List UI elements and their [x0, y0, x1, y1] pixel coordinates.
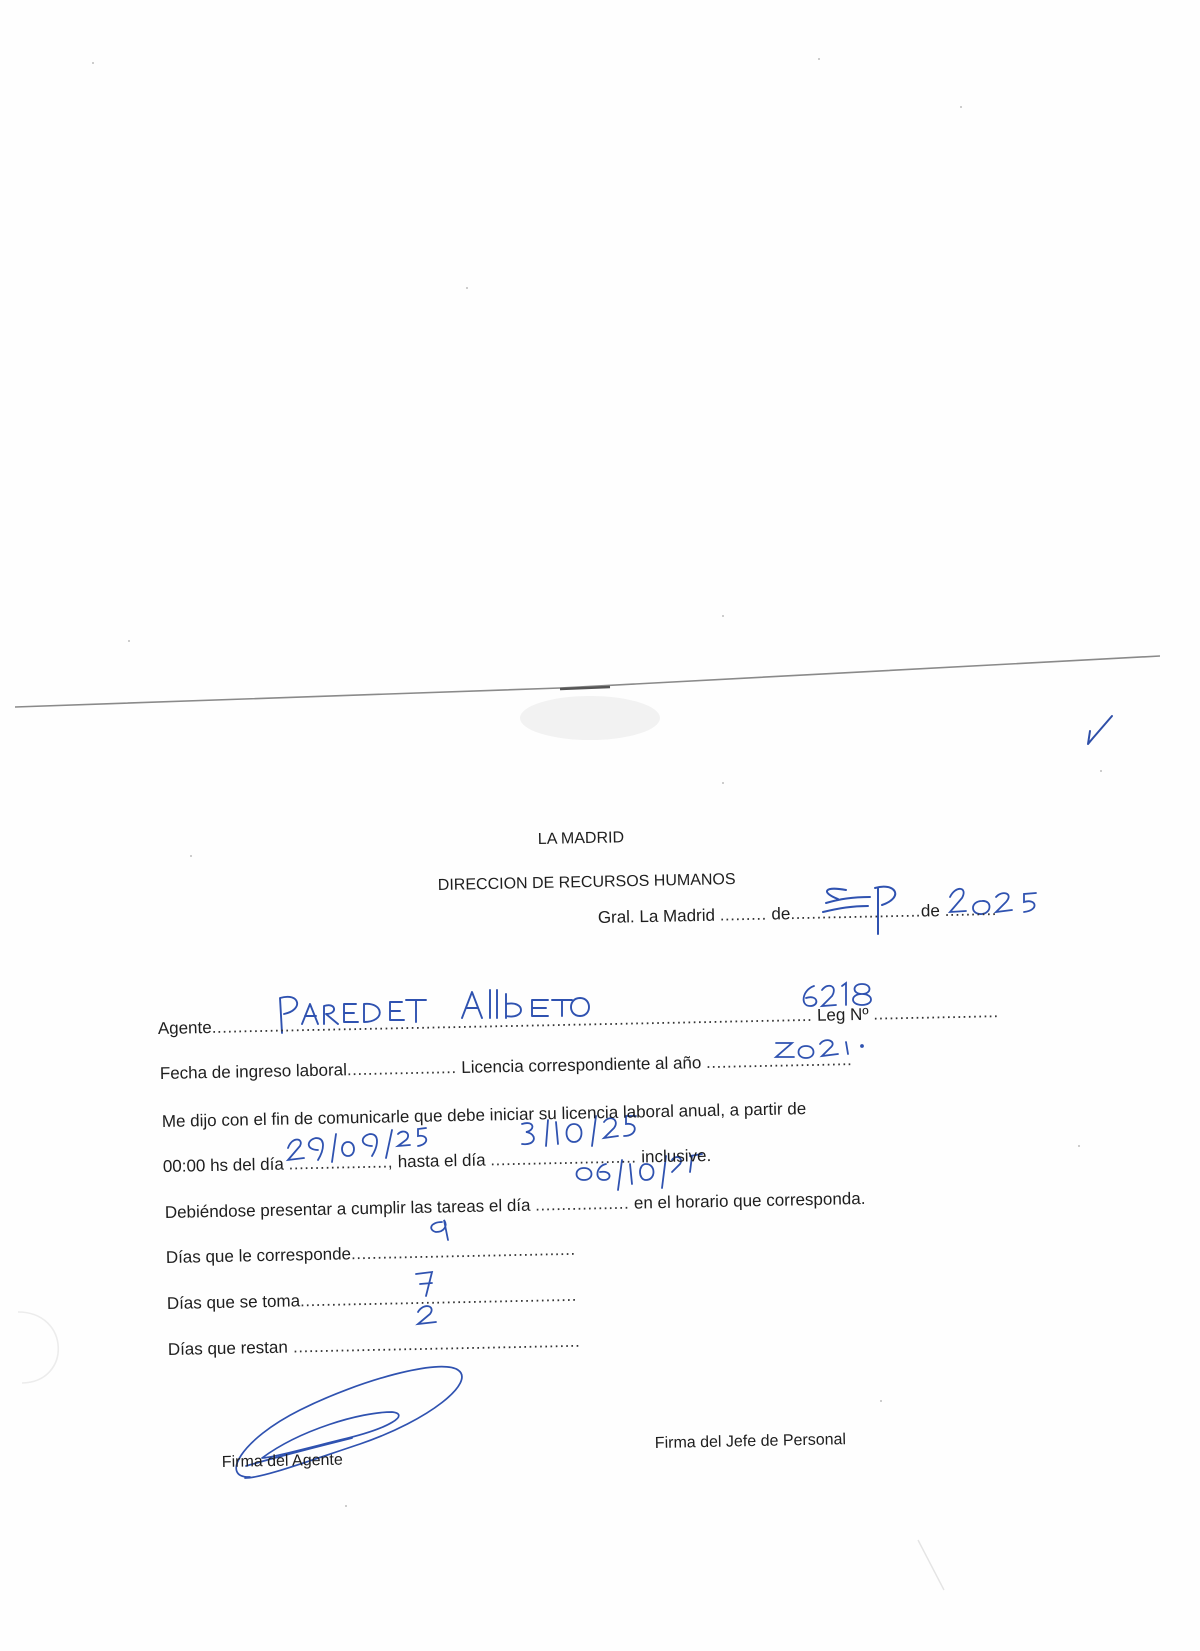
- month-field: .........................: [790, 902, 921, 924]
- scan-speck: [1100, 770, 1102, 772]
- scan-speck: [466, 287, 468, 289]
- handwritten-days-corresponde: [431, 1220, 448, 1240]
- organization-title: LA MADRID: [538, 830, 625, 848]
- ingreso-label: Fecha de ingreso laboral: [160, 1060, 347, 1083]
- scan-speck: [190, 855, 192, 857]
- days-corresponde-line: Días que le corresponde.................…: [166, 1241, 576, 1266]
- scan-speck: [128, 640, 130, 642]
- days-corresponde-label: Días que le corresponde: [166, 1244, 352, 1267]
- agent-label: Agente: [158, 1018, 212, 1038]
- scanned-document-page: LA MADRID DIRECCION DE RECURSOS HUMANOS …: [0, 0, 1200, 1651]
- agent-signature-label: Firma del Agente: [222, 1453, 343, 1471]
- inclusive-label: inclusive.: [641, 1146, 711, 1166]
- return-date-field: ..................: [535, 1194, 629, 1215]
- leg-label: Leg Nº: [817, 1005, 869, 1025]
- handwritten-leg-number: [804, 983, 871, 1006]
- days-toma-line: Días que se toma........................…: [167, 1287, 577, 1312]
- scan-speck: [960, 106, 962, 108]
- days-restan-label: Días que restan: [168, 1338, 288, 1359]
- days-toma-label: Días que se toma: [167, 1291, 301, 1313]
- date-to-field: ............................: [490, 1147, 637, 1169]
- place-label: Gral. La Madrid: [598, 906, 716, 927]
- hole-punch-mark: [18, 1312, 58, 1383]
- leg-field: ........................: [873, 1002, 999, 1024]
- days-restan-line: Días que restan ........................…: [168, 1333, 581, 1358]
- scan-speck: [722, 615, 724, 617]
- year-field: ..........: [944, 900, 997, 920]
- return-line: Debiéndose presentar a cumplir las tarea…: [165, 1190, 866, 1221]
- return-suffix: en el horario que corresponda.: [634, 1189, 866, 1213]
- hasta-label: hasta el día: [398, 1151, 486, 1172]
- period-line: 00:00 hs del día ..................., ha…: [163, 1147, 712, 1175]
- date-from-field: ...................,: [288, 1152, 393, 1173]
- period-prefix: 00:00 hs del día: [163, 1155, 284, 1176]
- scan-marks-layer: [0, 0, 1200, 1651]
- day-field: .........: [720, 905, 767, 925]
- ingreso-field: .....................: [347, 1058, 457, 1079]
- agent-name-field: ........................................…: [212, 1006, 813, 1037]
- scan-speck: [722, 782, 724, 784]
- de-label: de: [921, 901, 940, 920]
- chief-signature-label: Firma del Jefe de Personal: [655, 1432, 846, 1452]
- scan-speck: [92, 62, 94, 64]
- check-mark-icon: [1088, 716, 1112, 744]
- handwritten-days-restan: [418, 1306, 436, 1324]
- ingreso-line: Fecha de ingreso laboral................…: [160, 1051, 853, 1082]
- return-prefix: Debiéndose presentar a cumplir las tarea…: [165, 1196, 531, 1222]
- handwritten-days: [416, 1220, 448, 1324]
- days-corresponde-field: ........................................…: [351, 1240, 576, 1264]
- scan-speck: [1078, 1145, 1080, 1147]
- days-toma-field: ........................................…: [300, 1286, 577, 1311]
- body-text: Me dijo con el fin de comunicarle que de…: [162, 1100, 807, 1130]
- licencia-label: Licencia correspondiente al año: [461, 1053, 701, 1077]
- fold-line: [15, 656, 1160, 707]
- scan-speck: [345, 1505, 347, 1507]
- licencia-year-field: ............................: [706, 1050, 853, 1072]
- scan-speck: [818, 58, 820, 60]
- place-date-line: Gral. La Madrid ......... de............…: [598, 901, 997, 926]
- scan-speck: [880, 1400, 882, 1402]
- de-label: de: [771, 904, 790, 923]
- department-title: DIRECCION DE RECURSOS HUMANOS: [438, 872, 736, 894]
- days-restan-field: ........................................…: [288, 1332, 581, 1357]
- agent-line: Agente..................................…: [158, 1003, 999, 1037]
